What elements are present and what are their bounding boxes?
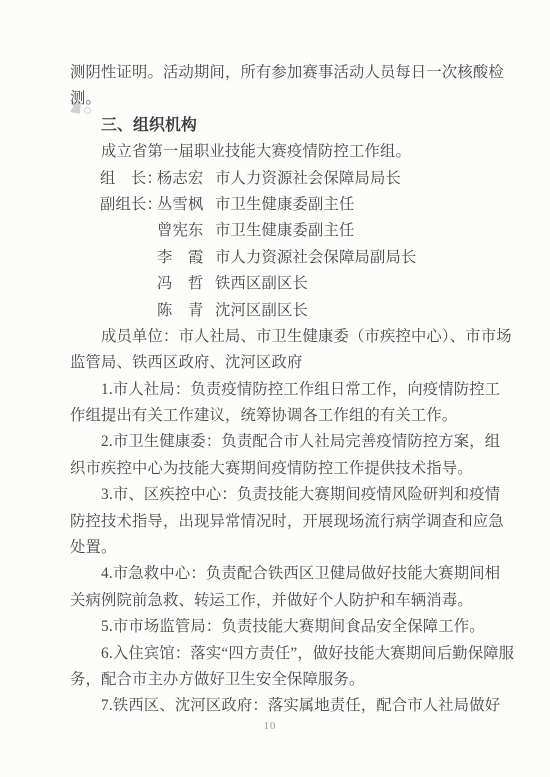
roster-role-label xyxy=(100,298,157,324)
roster-role-label: 组 长： xyxy=(100,166,157,192)
roster-role-label xyxy=(100,245,157,271)
roster-role-label: 副组长： xyxy=(100,192,157,218)
text-line: 处置。 xyxy=(70,535,490,561)
text-line: 成立省第一届职业技能大赛疫情防控工作组。 xyxy=(70,139,490,165)
roster-line: 曾宪东市卫生健康委副主任 xyxy=(70,218,490,244)
roster-role-label xyxy=(100,218,157,244)
roster-person-title: 市人力资源社会保障局局长 xyxy=(215,166,401,192)
roster-line: 李 霞市人力资源社会保障局副局长 xyxy=(70,245,490,271)
roster-person-name: 李 霞 xyxy=(157,245,215,271)
roster-person-name: 杨志宏 xyxy=(157,166,215,192)
text-line: 关病例院前急救、转运工作，并做好个人防护和车辆消毒。 xyxy=(70,588,490,614)
document-body: 测阴性证明。活动期间，所有参加赛事活动人员每日一次核酸检测。三、组织机构成立省第… xyxy=(70,60,490,720)
text-line: 4.市急救中心：负责配合铁西区卫健局做好技能大赛期间相 xyxy=(70,561,490,587)
text-line: 6.入住宾馆：落实“四方责任”，做好技能大赛期间后勤保障服 xyxy=(70,641,490,667)
text-line: 作组提出有关工作建议，统筹协调各工作组的有关工作。 xyxy=(70,403,490,429)
page-number: 10 xyxy=(0,721,540,732)
text-line: 7.铁西区、沈河区政府：落实属地责任，配合市人社局做好 xyxy=(70,693,490,719)
roster-line: 冯 哲铁西区副区长 xyxy=(70,271,490,297)
roster-person-title: 市人力资源社会保障局副局长 xyxy=(215,245,416,271)
roster-person-name: 冯 哲 xyxy=(157,271,215,297)
text-line: 务，配合市主办方做好卫生安全保障服务。 xyxy=(70,667,490,693)
section-heading: 三、组织机构 xyxy=(70,113,490,139)
roster-person-name: 丛雪枫 xyxy=(157,192,215,218)
roster-person-title: 市卫生健康委副主任 xyxy=(215,218,354,244)
roster-person-title: 沈河区副区长 xyxy=(215,298,308,324)
roster-person-name: 陈 青 xyxy=(157,298,215,324)
roster-role-label xyxy=(100,271,157,297)
text-line: 织市疾控中心为技能大赛期间疫情防控工作提供技术指导。 xyxy=(70,456,490,482)
text-line: 1.市人社局：负责疫情防控工作组日常工作，向疫情防控工 xyxy=(70,377,490,403)
text-line: 成员单位：市人社局、市卫生健康委（市疾控中心）、市市场 xyxy=(70,324,490,350)
text-line: 5.市市场监管局：负责技能大赛期间食品安全保障工作。 xyxy=(70,614,490,640)
text-line: 测。 xyxy=(70,86,490,112)
text-line: 2.市卫生健康委：负责配合市人社局完善疫情防控方案，组 xyxy=(70,429,490,455)
roster-line: 副组长：丛雪枫市卫生健康委副主任 xyxy=(70,192,490,218)
roster-person-name: 曾宪东 xyxy=(157,218,215,244)
roster-line: 组 长：杨志宏市人力资源社会保障局局长 xyxy=(70,166,490,192)
roster-line: 陈 青沈河区副区长 xyxy=(70,298,490,324)
text-line: 测阴性证明。活动期间，所有参加赛事活动人员每日一次核酸检 xyxy=(70,60,490,86)
text-line: 监管局、铁西区政府、沈河区政府 xyxy=(70,350,490,376)
roster-person-title: 铁西区副区长 xyxy=(215,271,308,297)
document-page: 测阴性证明。活动期间，所有参加赛事活动人员每日一次核酸检测。三、组织机构成立省第… xyxy=(0,0,550,777)
text-line: 防控技术指导，出现异常情况时，开展现场流行病学调查和应急 xyxy=(70,509,490,535)
roster-person-title: 市卫生健康委副主任 xyxy=(215,192,354,218)
text-line: 3.市、区疾控中心：负责技能大赛期间疫情风险研判和疫情 xyxy=(70,482,490,508)
